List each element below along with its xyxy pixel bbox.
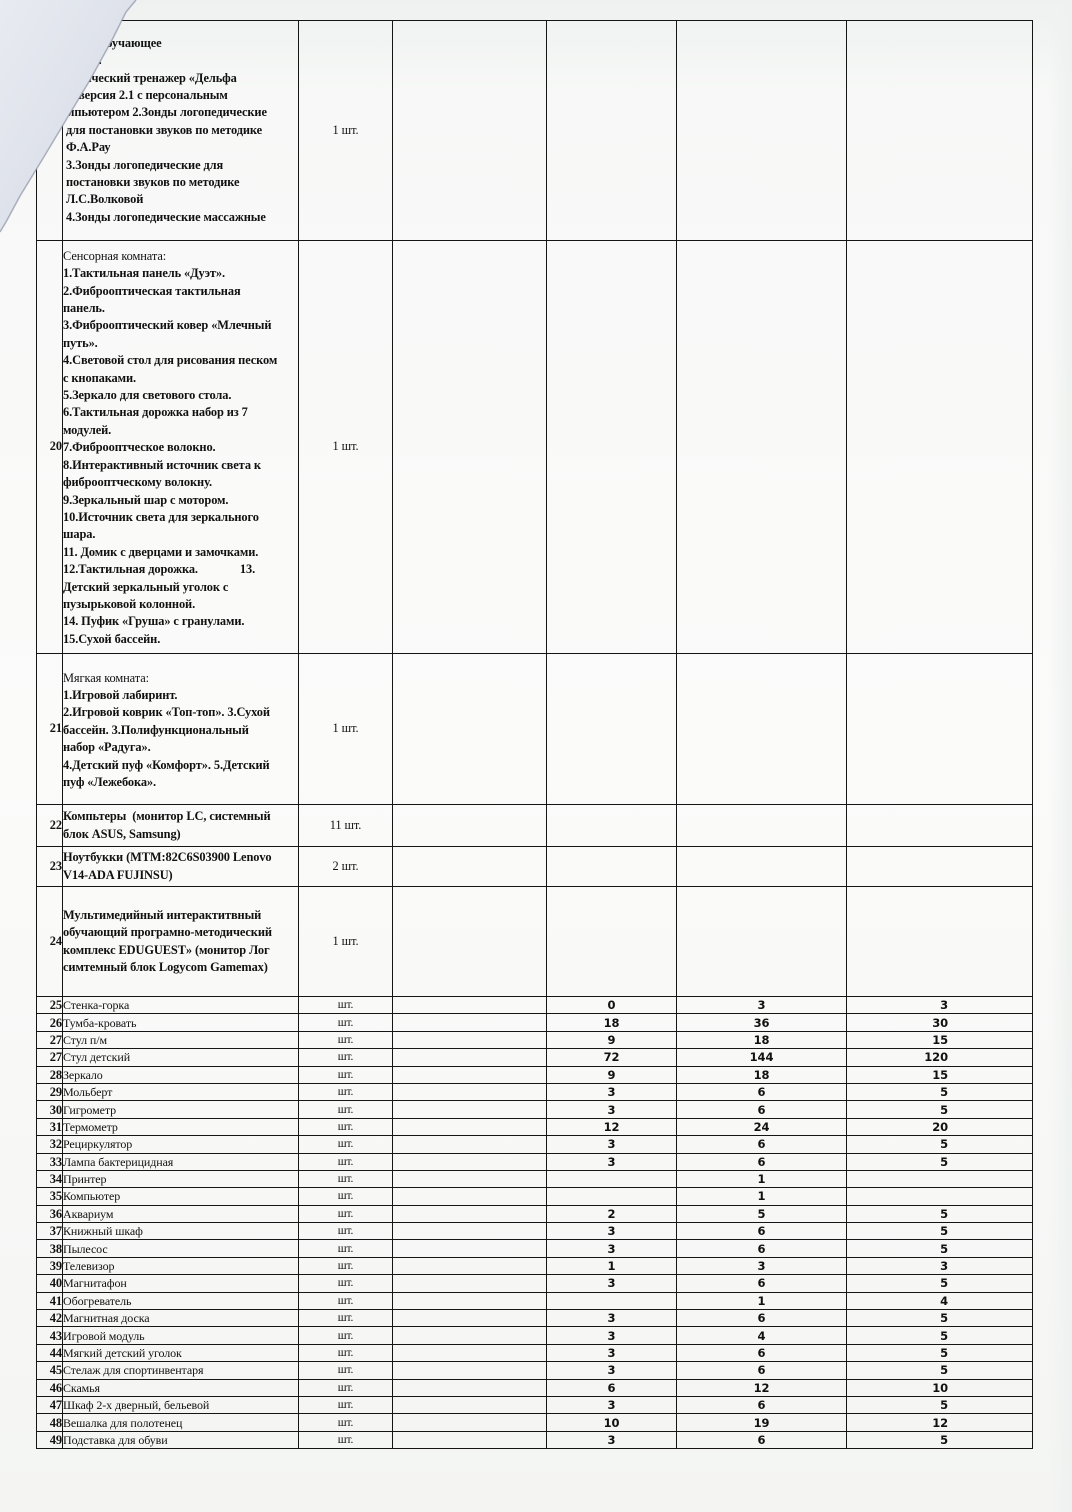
description-line: комплекс EDUGUEST» (монитор Лог (63, 942, 298, 959)
empty-cell (547, 21, 677, 241)
row-number: 45 (37, 1362, 63, 1379)
upper-rows: щее и обучающеевание:педический тренажер… (37, 21, 1033, 997)
value-col-a: 3 (547, 1083, 677, 1100)
value-col-c: 5 (847, 1083, 1033, 1100)
item-description: Мягкая комната:1.Игровой лабиринт.2.Игро… (63, 654, 299, 805)
item-unit: шт. (299, 1066, 393, 1083)
description-line: Сенсорная комната: (63, 248, 298, 265)
table-row: 48Вешалка для полотенецшт.101912 (37, 1414, 1033, 1431)
empty-cell (393, 805, 547, 847)
row-number: 36 (37, 1205, 63, 1222)
table-row: 43Игровой модульшт.345 (37, 1327, 1033, 1344)
row-number: 40 (37, 1275, 63, 1292)
inventory-table: щее и обучающеевание:педический тренажер… (36, 20, 1033, 1449)
item-unit: шт. (299, 1379, 393, 1396)
row-number: 41 (37, 1292, 63, 1309)
item-unit: шт. (299, 1118, 393, 1135)
item-name: Зеркало (63, 1066, 299, 1083)
description-line: 15.Сухой бассейн. (63, 631, 298, 648)
description-line: 4.Зонды логопедические массажные (66, 209, 298, 226)
item-quantity: 1 шт. (299, 241, 393, 654)
item-quantity: 1 шт. (299, 654, 393, 805)
empty-cell (393, 1414, 547, 1431)
row-number: 30 (37, 1101, 63, 1118)
empty-cell (847, 21, 1033, 241)
item-unit: шт. (299, 1414, 393, 1431)
item-description: щее и обучающеевание:педический тренажер… (63, 21, 299, 241)
table-row: 47Шкаф 2-х дверный, бельевойшт.365 (37, 1396, 1033, 1413)
quantity-text: 11 шт. (330, 818, 362, 832)
description-line: пузырьковой колонной. (63, 596, 298, 613)
table-row: 28Зеркалошт.91815 (37, 1066, 1033, 1083)
row-number: 27 (37, 1031, 63, 1048)
row-number: 28 (37, 1066, 63, 1083)
item-unit: шт. (299, 997, 393, 1014)
empty-cell (393, 1118, 547, 1135)
value-col-a: 3 (547, 1310, 677, 1327)
value-col-c: 5 (847, 1431, 1033, 1448)
empty-cell (847, 805, 1033, 847)
row-number: 37 (37, 1223, 63, 1240)
description-line: 6.Тактильная дорожка набор из 7 (63, 404, 298, 421)
table-row: 42Магнитная доскашт.365 (37, 1310, 1033, 1327)
value-col-c: 30 (847, 1014, 1033, 1031)
description-line: 2.Игровой коврик «Топ-топ». 3.Сухой (63, 704, 298, 721)
empty-cell (393, 654, 547, 805)
empty-cell (677, 241, 847, 654)
item-unit: шт. (299, 1188, 393, 1205)
item-unit: шт. (299, 1049, 393, 1066)
description-line: модулей. (63, 422, 298, 439)
value-col-a: 6 (547, 1379, 677, 1396)
row-number: 27 (37, 1049, 63, 1066)
description-line: 12.Тактильная дорожка. 13. (63, 561, 298, 578)
item-name: Компьютер (63, 1188, 299, 1205)
value-col-b: 6 (677, 1223, 847, 1240)
table-row: 35Компьютершт.1 (37, 1188, 1033, 1205)
description-line: 2.Фиброоптическая тактильная (63, 283, 298, 300)
description-line: бассейн. 3.Полифункциональный (63, 722, 298, 739)
description-line: 11. Домик с дверцами и замочками. (63, 544, 298, 561)
row-number: 32 (37, 1136, 63, 1153)
item-name: Термометр (63, 1118, 299, 1135)
empty-cell (393, 1205, 547, 1222)
item-name: Мягкий детский уголок (63, 1344, 299, 1361)
value-col-b: 3 (677, 997, 847, 1014)
description-line: V14-ADA FUJINSU) (63, 867, 298, 884)
empty-cell (393, 1379, 547, 1396)
row-number: 46 (37, 1379, 63, 1396)
empty-cell (393, 1223, 547, 1240)
description-line: фиброоптческому волокну. (63, 474, 298, 491)
item-name: Магнитная доска (63, 1310, 299, 1327)
value-col-c: 15 (847, 1066, 1033, 1083)
item-unit: шт. (299, 1396, 393, 1413)
table-row: 39Телевизоршт.133 (37, 1257, 1033, 1274)
empty-cell (677, 847, 847, 887)
empty-cell (547, 805, 677, 847)
scanned-page: щее и обучающеевание:педический тренажер… (0, 0, 1072, 1512)
table-row: 22Компьтеры (монитор LC, системныйблок A… (37, 805, 1033, 847)
value-col-c: 4 (847, 1292, 1033, 1309)
value-col-a: 9 (547, 1031, 677, 1048)
item-quantity: 1 шт. (299, 21, 393, 241)
empty-cell (393, 1049, 547, 1066)
item-quantity: 11 шт. (299, 805, 393, 847)
description-line: путь». (63, 335, 298, 352)
row-number: 47 (37, 1396, 63, 1413)
value-col-c: 5 (847, 1223, 1033, 1240)
row-number: 49 (37, 1431, 63, 1448)
row-number: 29 (37, 1083, 63, 1100)
value-col-b: 36 (677, 1014, 847, 1031)
item-unit: шт. (299, 1205, 393, 1222)
item-name: Пылесос (63, 1240, 299, 1257)
description-line: Л.С.Волковой (66, 191, 298, 208)
empty-cell (393, 1031, 547, 1048)
row-number: 20 (37, 241, 63, 654)
table-row: 36Аквариумшт.255 (37, 1205, 1033, 1222)
value-col-b: 24 (677, 1118, 847, 1135)
empty-cell (677, 805, 847, 847)
empty-cell (547, 887, 677, 997)
item-unit: шт. (299, 1031, 393, 1048)
row-number: 42 (37, 1310, 63, 1327)
description-line: Ноутбукки (MTM:82C6S03900 Lenovo (63, 849, 298, 866)
description-line: 5.Зеркало для светового стола. (63, 387, 298, 404)
value-col-c: 5 (847, 1362, 1033, 1379)
value-col-b: 6 (677, 1310, 847, 1327)
empty-cell (547, 654, 677, 805)
empty-cell (393, 1188, 547, 1205)
item-name: Мольберт (63, 1083, 299, 1100)
table-row: 23Ноутбукки (MTM:82C6S03900 LenovoV14-AD… (37, 847, 1033, 887)
empty-cell (393, 1101, 547, 1118)
value-col-b: 6 (677, 1431, 847, 1448)
value-col-c: 5 (847, 1396, 1033, 1413)
item-name: Тумба-кровать (63, 1014, 299, 1031)
row-number: 35 (37, 1188, 63, 1205)
empty-cell (393, 1362, 547, 1379)
value-col-a: 3 (547, 1275, 677, 1292)
item-unit: шт. (299, 1431, 393, 1448)
item-quantity: 1 шт. (299, 887, 393, 997)
value-col-b: 1 (677, 1170, 847, 1187)
table-row: 44Мягкий детский уголокшт.365 (37, 1344, 1033, 1361)
empty-cell (393, 1431, 547, 1448)
description-line: 3.Фиброоптический ковер «Млечный (63, 317, 298, 334)
description-line: .1 версия 2.1 с персональным (66, 87, 298, 104)
quantity-text: 1 шт. (333, 721, 359, 735)
value-col-b: 6 (677, 1396, 847, 1413)
value-col-b: 6 (677, 1275, 847, 1292)
value-col-a (547, 1292, 677, 1309)
value-col-b: 4 (677, 1327, 847, 1344)
table-row: 49Подставка для обувишт.365 (37, 1431, 1033, 1448)
description-line: Ф.А.Рау (66, 139, 298, 156)
table-row: 27Стул детскийшт.72144120 (37, 1049, 1033, 1066)
value-col-b: 144 (677, 1049, 847, 1066)
description-line: панель. (63, 300, 298, 317)
item-name: Обогреватель (63, 1292, 299, 1309)
value-col-b: 5 (677, 1205, 847, 1222)
value-col-c (847, 1170, 1033, 1187)
table-row: 24Мультимедийный интерактитвныйобучающий… (37, 887, 1033, 997)
table-row: 27Стул п/мшт.91815 (37, 1031, 1033, 1048)
empty-cell (393, 1292, 547, 1309)
empty-cell (393, 1344, 547, 1361)
table-row: 46Скамьяшт.61210 (37, 1379, 1033, 1396)
table-row: 33Лампа бактерициднаяшт.365 (37, 1153, 1033, 1170)
empty-cell (393, 1257, 547, 1274)
empty-cell (847, 654, 1033, 805)
item-unit: шт. (299, 1327, 393, 1344)
empty-cell (393, 997, 547, 1014)
description-line: пуф «Лежебока». (63, 774, 298, 791)
table-row: 37Книжный шкафшт.365 (37, 1223, 1033, 1240)
row-number: 25 (37, 997, 63, 1014)
description-line: постановки звуков по методике (66, 174, 298, 191)
table-row: 20Сенсорная комната:1.Тактильная панель … (37, 241, 1033, 654)
description-line: 10.Источник света для зеркального (63, 509, 298, 526)
empty-cell (393, 21, 547, 241)
row-number: 43 (37, 1327, 63, 1344)
quantity-text: 2 шт. (333, 859, 359, 873)
value-col-c: 5 (847, 1344, 1033, 1361)
description-line: обучающий програмно-методический (63, 924, 298, 941)
description-line: 4.Световой стол для рисования песком (63, 352, 298, 369)
item-name: Стелаж для спортинвентаря (63, 1362, 299, 1379)
value-col-c: 3 (847, 1257, 1033, 1274)
row-number: 39 (37, 1257, 63, 1274)
empty-cell (847, 847, 1033, 887)
table-row: 30Гигрометршт.365 (37, 1101, 1033, 1118)
quantity-text: 1 шт. (333, 934, 359, 948)
value-col-c (847, 1188, 1033, 1205)
description-line: щее и обучающее (66, 35, 298, 52)
value-col-a: 3 (547, 1327, 677, 1344)
row-number: 38 (37, 1240, 63, 1257)
value-col-c: 5 (847, 1240, 1033, 1257)
empty-cell (677, 887, 847, 997)
value-col-c: 5 (847, 1101, 1033, 1118)
item-name: Стенка-горка (63, 997, 299, 1014)
value-col-a (547, 1188, 677, 1205)
value-col-b: 6 (677, 1362, 847, 1379)
description-line: 8.Интерактивный источник света к (63, 457, 298, 474)
description-line: мпьютером 2.Зонды логопедические (66, 104, 298, 121)
table-row: щее и обучающеевание:педический тренажер… (37, 21, 1033, 241)
empty-cell (393, 1170, 547, 1187)
quantity-text: 1 шт. (333, 123, 359, 137)
item-name: Игровой модуль (63, 1327, 299, 1344)
table-row: 25Стенка-горкашт.033 (37, 997, 1033, 1014)
item-unit: шт. (299, 1170, 393, 1187)
table-row: 45Стелаж для спортинвентаряшт.365 (37, 1362, 1033, 1379)
table-row: 40Магнитафоншт.365 (37, 1275, 1033, 1292)
description-line: вание: (66, 52, 298, 69)
description-line: 9.Зеркальный шар с мотором. (63, 492, 298, 509)
row-number: 24 (37, 887, 63, 997)
item-quantity: 2 шт. (299, 847, 393, 887)
value-col-a: 3 (547, 1344, 677, 1361)
table-row: 21Мягкая комната:1.Игровой лабиринт.2.Иг… (37, 654, 1033, 805)
description-line: для постановки звуков по методике (66, 122, 298, 139)
empty-cell (393, 1066, 547, 1083)
value-col-b: 18 (677, 1066, 847, 1083)
row-number: 22 (37, 805, 63, 847)
value-col-b: 6 (677, 1101, 847, 1118)
empty-cell (393, 1396, 547, 1413)
row-number: 31 (37, 1118, 63, 1135)
row-number: 44 (37, 1344, 63, 1361)
description-line: с кнопаками. (63, 370, 298, 387)
table-row: 32Рециркуляторшт.365 (37, 1136, 1033, 1153)
item-name: Аквариум (63, 1205, 299, 1222)
item-name: Шкаф 2-х дверный, бельевой (63, 1396, 299, 1413)
value-col-a: 3 (547, 1362, 677, 1379)
item-name: Вешалка для полотенец (63, 1414, 299, 1431)
description-line: 1.Игровой лабиринт. (63, 687, 298, 704)
value-col-b: 1 (677, 1188, 847, 1205)
description-line: набор «Радуга». (63, 739, 298, 756)
item-unit: шт. (299, 1292, 393, 1309)
description-line: 3.Зонды логопедические для (66, 157, 298, 174)
item-description: Компьтеры (монитор LC, системныйблок ASU… (63, 805, 299, 847)
item-unit: шт. (299, 1223, 393, 1240)
item-unit: шт. (299, 1136, 393, 1153)
row-number: 34 (37, 1170, 63, 1187)
description-line: 14. Пуфик «Груша» с гранулами. (63, 613, 298, 630)
description-line: Компьтеры (монитор LC, системный (63, 808, 298, 825)
value-col-a: 0 (547, 997, 677, 1014)
value-col-c: 12 (847, 1414, 1033, 1431)
empty-cell (393, 1083, 547, 1100)
value-col-b: 3 (677, 1257, 847, 1274)
value-col-a: 2 (547, 1205, 677, 1222)
row-number (37, 21, 63, 241)
empty-cell (393, 1310, 547, 1327)
empty-cell (393, 847, 547, 887)
item-name: Подставка для обуви (63, 1431, 299, 1448)
item-unit: шт. (299, 1153, 393, 1170)
table-row: 29Мольбертшт.365 (37, 1083, 1033, 1100)
value-col-a: 3 (547, 1101, 677, 1118)
value-col-b: 1 (677, 1292, 847, 1309)
value-col-c: 5 (847, 1136, 1033, 1153)
row-number: 48 (37, 1414, 63, 1431)
value-col-a: 1 (547, 1257, 677, 1274)
item-name: Принтер (63, 1170, 299, 1187)
value-col-a: 3 (547, 1136, 677, 1153)
table-row: 41Обогревательшт.14 (37, 1292, 1033, 1309)
item-unit: шт. (299, 1310, 393, 1327)
item-name: Скамья (63, 1379, 299, 1396)
item-description: Мультимедийный интерактитвныйобучающий п… (63, 887, 299, 997)
item-name: Магнитафон (63, 1275, 299, 1292)
description-line: 1.Тактильная панель «Дуэт». (63, 265, 298, 282)
lower-rows: 25Стенка-горкашт.03326Тумба-кроватьшт.18… (37, 997, 1033, 1449)
item-unit: шт. (299, 1083, 393, 1100)
value-col-a: 3 (547, 1223, 677, 1240)
table-row: 34Принтершт.1 (37, 1170, 1033, 1187)
value-col-c: 5 (847, 1205, 1033, 1222)
item-unit: шт. (299, 1275, 393, 1292)
item-unit: шт. (299, 1344, 393, 1361)
value-col-c: 20 (847, 1118, 1033, 1135)
empty-cell (847, 887, 1033, 997)
item-name: Лампа бактерицидная (63, 1153, 299, 1170)
description-line: Мягкая комната: (63, 670, 298, 687)
value-col-b: 18 (677, 1031, 847, 1048)
row-number: 21 (37, 654, 63, 805)
item-name: Гигрометр (63, 1101, 299, 1118)
empty-cell (393, 1153, 547, 1170)
empty-cell (393, 1136, 547, 1153)
empty-cell (547, 847, 677, 887)
value-col-c: 120 (847, 1049, 1033, 1066)
empty-cell (677, 21, 847, 241)
item-unit: шт. (299, 1014, 393, 1031)
empty-cell (393, 887, 547, 997)
empty-cell (393, 1275, 547, 1292)
empty-cell (393, 1014, 547, 1031)
empty-cell (677, 654, 847, 805)
value-col-a: 3 (547, 1153, 677, 1170)
value-col-c: 10 (847, 1379, 1033, 1396)
description-line: Мультимедийный интерактитвный (63, 907, 298, 924)
item-name: Стул детский (63, 1049, 299, 1066)
value-col-a: 9 (547, 1066, 677, 1083)
item-unit: шт. (299, 1240, 393, 1257)
quantity-text: 1 шт. (333, 439, 359, 453)
table-row: 31Термометршт.122420 (37, 1118, 1033, 1135)
empty-cell (393, 1327, 547, 1344)
item-name: Рециркулятор (63, 1136, 299, 1153)
description-line: симтемный блок Logycom Gamemax) (63, 959, 298, 976)
item-name: Стул п/м (63, 1031, 299, 1048)
row-number: 33 (37, 1153, 63, 1170)
value-col-a: 3 (547, 1431, 677, 1448)
description-line: блок ASUS, Samsung) (63, 826, 298, 843)
value-col-a: 18 (547, 1014, 677, 1031)
value-col-b: 6 (677, 1136, 847, 1153)
value-col-c: 3 (847, 997, 1033, 1014)
value-col-a: 3 (547, 1396, 677, 1413)
empty-cell (547, 241, 677, 654)
value-col-a: 3 (547, 1240, 677, 1257)
value-col-a (547, 1170, 677, 1187)
value-col-b: 6 (677, 1344, 847, 1361)
value-col-b: 6 (677, 1240, 847, 1257)
value-col-c: 5 (847, 1310, 1033, 1327)
description-line: Детский зеркальный уголок с (63, 579, 298, 596)
item-name: Телевизор (63, 1257, 299, 1274)
description-line: 7.Фиброоптческое волокно. (63, 439, 298, 456)
item-unit: шт. (299, 1101, 393, 1118)
scan-edge-shade (1048, 0, 1072, 1512)
description-line: шара. (63, 526, 298, 543)
value-col-b: 6 (677, 1083, 847, 1100)
value-col-b: 19 (677, 1414, 847, 1431)
row-number: 26 (37, 1014, 63, 1031)
value-col-c: 15 (847, 1031, 1033, 1048)
empty-cell (393, 241, 547, 654)
value-col-a: 12 (547, 1118, 677, 1135)
table-row: 26Тумба-кроватьшт.183630 (37, 1014, 1033, 1031)
row-number: 23 (37, 847, 63, 887)
value-col-c: 5 (847, 1275, 1033, 1292)
